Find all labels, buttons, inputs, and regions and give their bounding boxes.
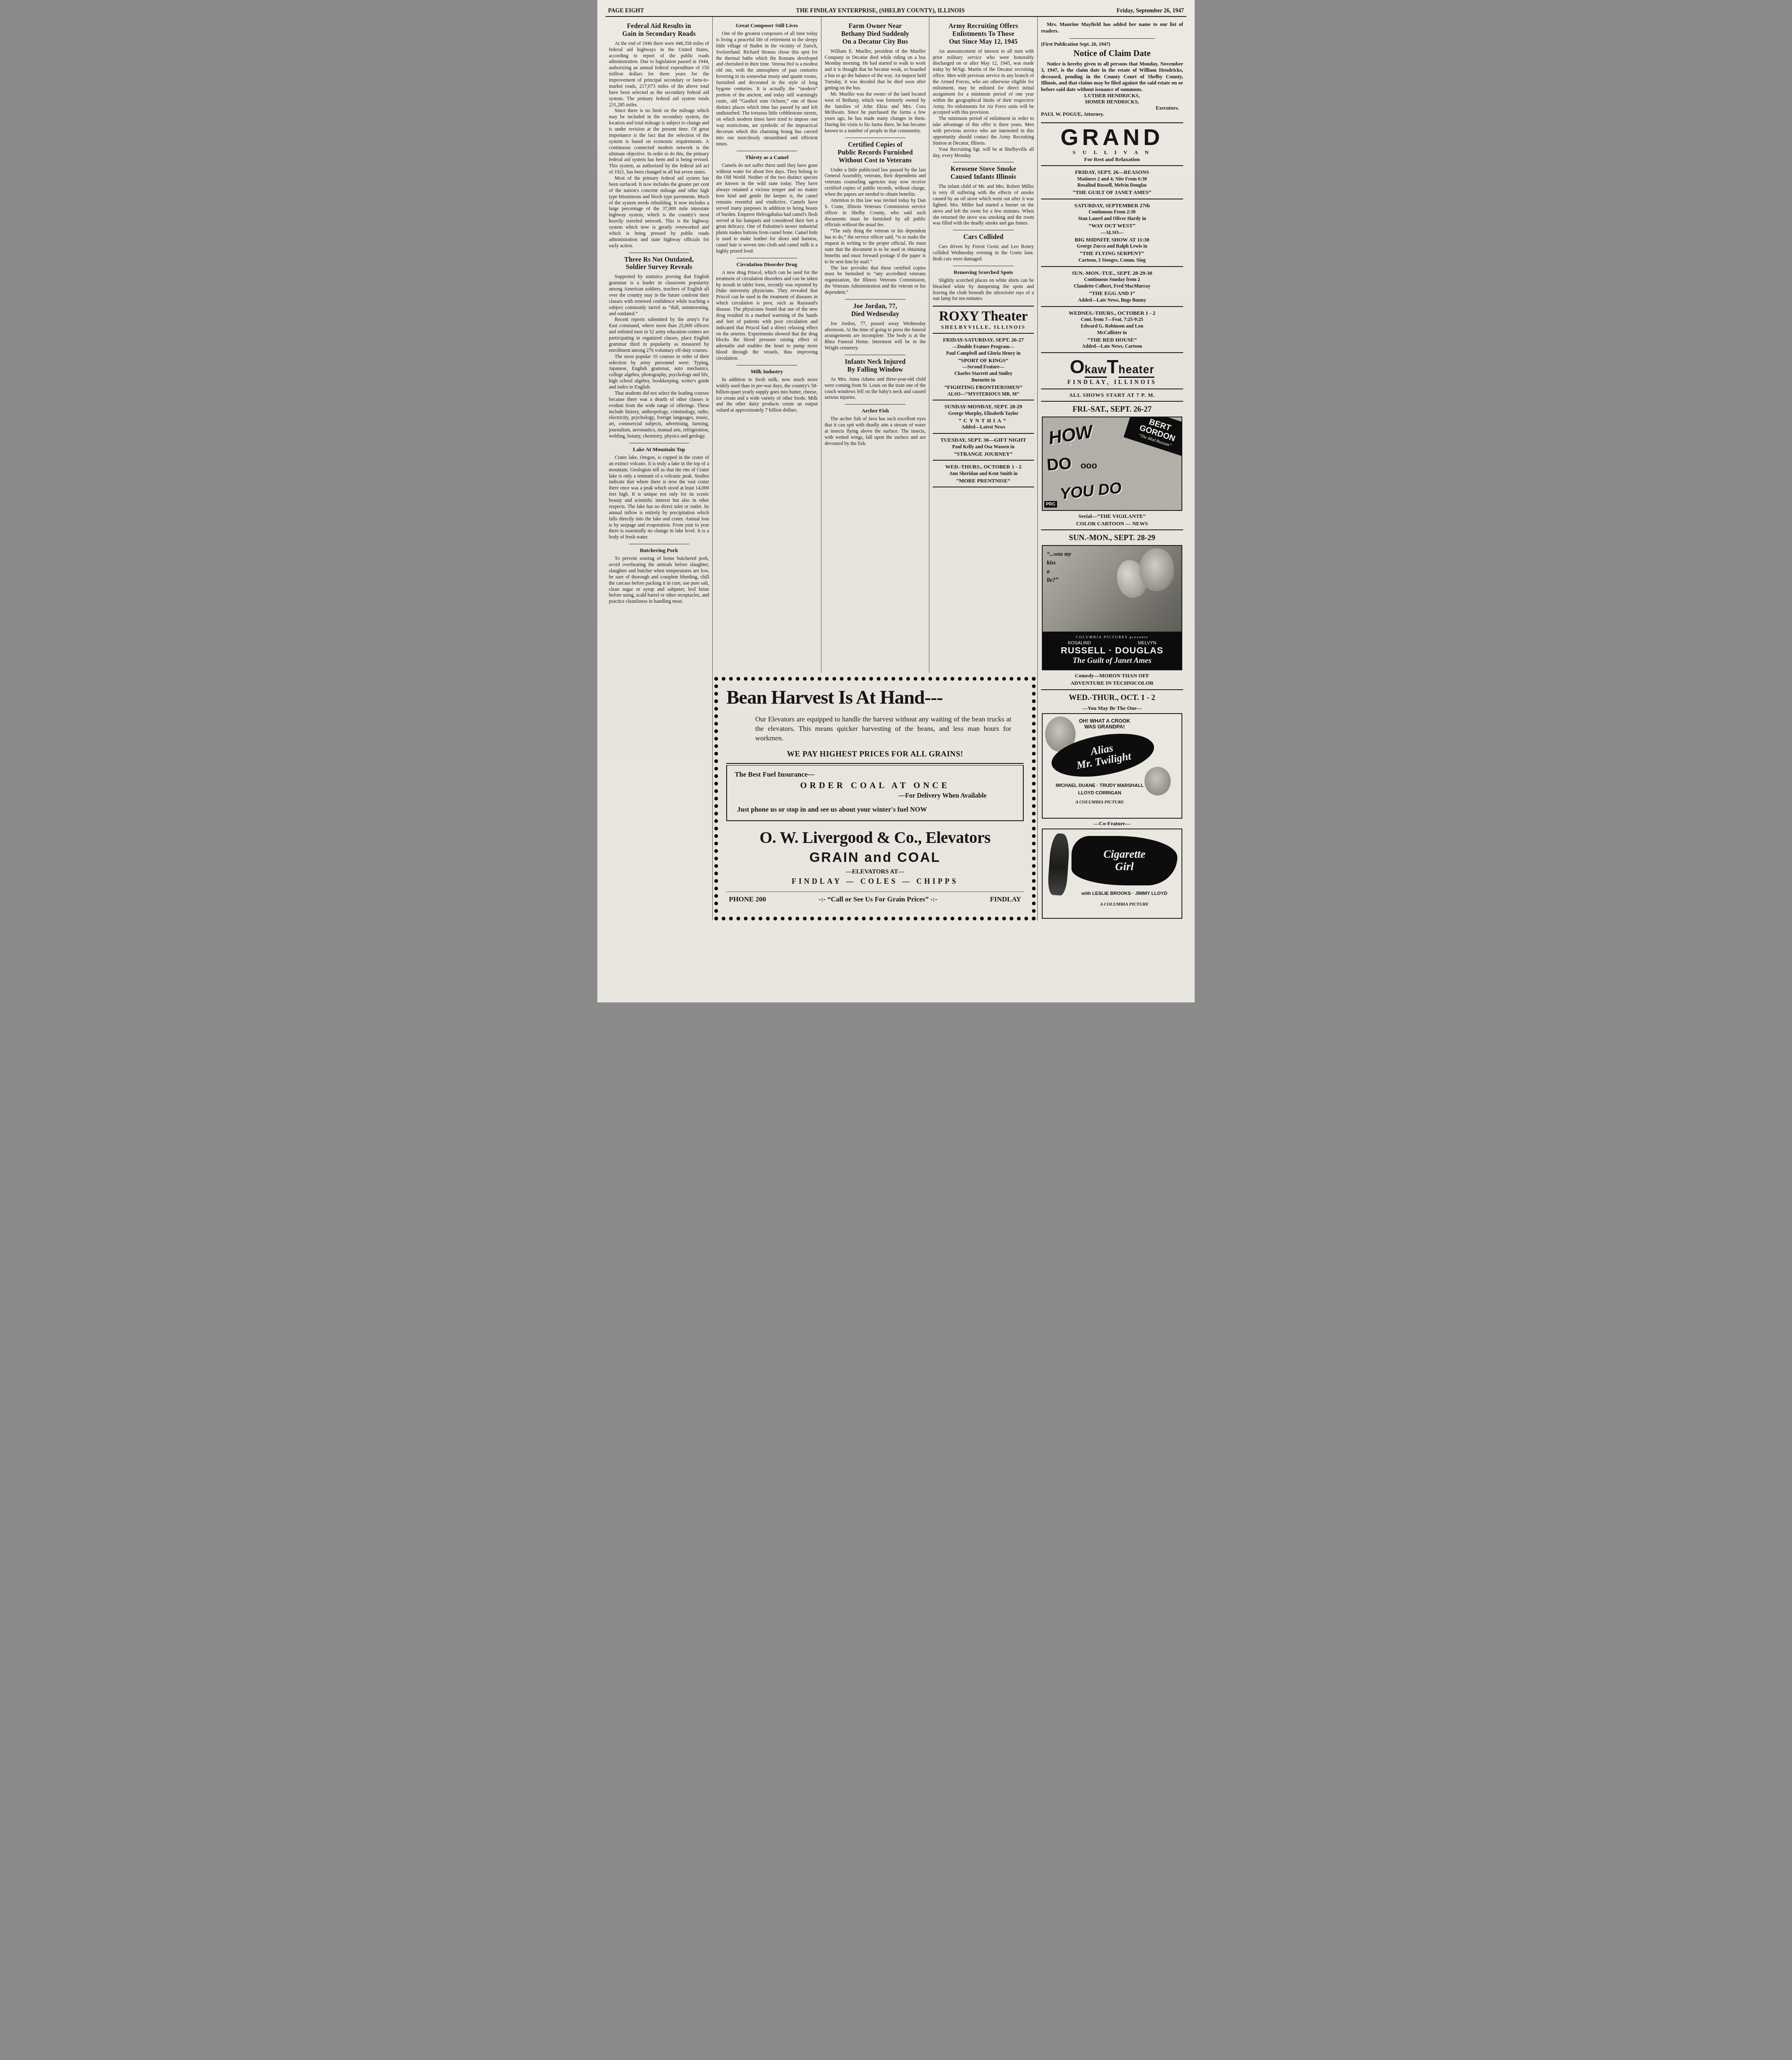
- movie-title: Cigarette Girl: [1103, 848, 1145, 873]
- column-4: Army Recruiting Offers Enlistments To Th…: [929, 17, 1037, 673]
- livergood-elevators-at: —ELEVATORS AT—: [726, 868, 1024, 875]
- article-farm-owner: Farm Owner Near Bethany Died Suddenly On…: [825, 23, 926, 134]
- okaw-showtimes: ALL SHOWS START AT 7 P. M.: [1041, 392, 1183, 398]
- livergood-slogan: -:- “Call or See Us For Grain Prices” -:…: [819, 895, 937, 904]
- okaw-logo-part: heater: [1118, 363, 1154, 378]
- grand-theater-ad: GRAND S U L L I V A N For Rest and Relax…: [1041, 122, 1183, 353]
- reader-note: Mrs. Maurine Mayfield has added her name…: [1041, 21, 1183, 35]
- issue-date: Friday, September 26, 1947: [1117, 8, 1184, 14]
- paragraph: “The only thing the veteran or his depen…: [825, 228, 926, 265]
- ad-line: Cartoon, 3 Stooges, Comm. Sing: [1041, 257, 1183, 264]
- headline: Certified Copies of Public Records Furni…: [825, 141, 926, 165]
- headline: Farm Owner Near Bethany Died Suddenly On…: [825, 23, 926, 46]
- ad-line: “CYNTHIA”: [933, 417, 1034, 424]
- ad-line: WED.-THURS., OCTOBER 1 - 2: [933, 463, 1034, 471]
- divider: [845, 355, 905, 355]
- divider: [1069, 38, 1155, 39]
- title-splash: Cigarette Girl: [1071, 836, 1177, 885]
- paragraph: The archer fish of Java has such excelle…: [825, 416, 926, 446]
- newspaper-title: THE FINDLAY ENTERPRISE, (SHELBY COUNTY),…: [796, 7, 965, 14]
- middle-columns-group: Great Composer Still Lives One of the gr…: [712, 17, 1037, 920]
- fuel-line: Just phone us or stop in and see us abou…: [735, 805, 1015, 814]
- ad-line: —ALSO—: [1041, 229, 1183, 236]
- divider: [629, 544, 689, 544]
- paragraph: As Mrs. Anna Adams and three-year-old ch…: [825, 376, 926, 401]
- studio-line: COLUMBIA PICTURES presents: [1044, 635, 1180, 639]
- poster-title-part: DO: [1046, 454, 1072, 475]
- ad-line: —Second Feature—: [933, 364, 1034, 370]
- ad-rule: [1041, 689, 1183, 690]
- ad-line: “FIGHTING FRONTIERSMEN”: [933, 384, 1034, 391]
- ad-line: Stan Laurel and Oliver Hardy in: [1041, 215, 1183, 222]
- credit-line: with LESLIE BROOKS · JIMMY LLOYD: [1067, 891, 1181, 896]
- okaw-logo-letter: O: [1070, 356, 1085, 377]
- headline: Joe Jordan, 77, Died Wednesday: [825, 303, 926, 318]
- paragraph: Under a little publicized law passed by …: [825, 167, 926, 197]
- headline: Army Recruiting Offers Enlistments To Th…: [933, 23, 1034, 46]
- article-kerosene-stove: Kerosene Stove Smoke Caused Infants Illi…: [933, 166, 1034, 226]
- ad-line: “THE EGG AND I”: [1041, 290, 1183, 297]
- guilt-of-janet-ames-poster: “...was my kiss a lie?” COLUMBIA PICTURE…: [1042, 545, 1182, 670]
- ad-rule: [1041, 165, 1183, 166]
- ad-rule: [933, 400, 1034, 400]
- paragraph: The infant child of Mr. and Mrs. Robert …: [933, 183, 1034, 226]
- paragraph: That students did not select the leading…: [609, 390, 709, 439]
- headline: Federal Aid Results in Gain in Secondary…: [609, 23, 709, 38]
- headline: Cars Collided: [933, 234, 1034, 241]
- livergood-name: O. W. Livergood & Co., Elevators: [726, 828, 1024, 847]
- okaw-cartoon-news: COLOR CARTOON — NEWS: [1041, 520, 1183, 527]
- grand-name: GRAND: [1041, 126, 1183, 149]
- article-scorched-spots: Removing Scorched Spots Slightly scorche…: [933, 269, 1034, 302]
- article-milk-industry: Milk Industry In addition to fresh milk,…: [716, 368, 818, 413]
- okaw-logo: OkawTheater: [1041, 357, 1183, 376]
- paragraph: Attention to this law was invited today …: [825, 197, 926, 228]
- article-three-rs: Three Rs Not Outdated, Soldier Survey Re…: [609, 256, 709, 439]
- ad-line: SUNDAY-MONDAY, SEPT. 28-29: [933, 403, 1034, 410]
- paragraph: Slightly scorched places on white shirts…: [933, 277, 1034, 302]
- fuel-line: —For Delivery When Available: [735, 792, 1015, 800]
- headline: Three Rs Not Outdated, Soldier Survey Re…: [609, 256, 709, 272]
- okaw-date-fri-sat: FRI.-SAT., SEPT. 26-27: [1041, 405, 1183, 414]
- column-layout: Federal Aid Results in Gain in Secondary…: [606, 17, 1186, 920]
- fuel-line: The Best Fuel Insurance—: [735, 770, 1015, 779]
- ad-line: George Murphy, Elizabeth Taylor: [933, 410, 1034, 417]
- okaw-logo-part: kaw: [1085, 363, 1107, 378]
- credit-line: LLOYD CORRIGAN: [1043, 791, 1157, 796]
- paragraph: Your Recruiting Sgt. will be at Shelbyvi…: [933, 146, 1034, 159]
- ad-line: McCallister in: [1041, 330, 1183, 336]
- poster-title-part: HOW: [1047, 421, 1094, 449]
- ad-line: WEDNES.-THURS., OCTOBER 1 - 2: [1041, 309, 1183, 317]
- okaw-date-wed-thur: WED.-THUR., OCT. 1 - 2: [1041, 693, 1183, 702]
- co-feature-line: —Co-Feature—: [1041, 820, 1183, 827]
- fuel-line: ORDER COAL AT ONCE: [735, 780, 1015, 791]
- grand-tagline: For Rest and Relaxation: [1041, 156, 1183, 163]
- headline: Lake At Mountain Top: [609, 446, 709, 453]
- ad-rule: [1041, 529, 1183, 530]
- paragraph: Most of the primary federal aid system h…: [609, 175, 709, 249]
- publication-date: (First Publication Sept. 26, 1947): [1041, 41, 1183, 47]
- column-3: Farm Owner Near Bethany Died Suddenly On…: [821, 17, 929, 673]
- ad-rule: [1041, 401, 1183, 402]
- masthead: PAGE EIGHT THE FINDLAY ENTERPRISE, (SHEL…: [606, 7, 1186, 17]
- okaw-comedy-line: Comedy—MORON THAN OFF: [1041, 672, 1183, 679]
- livergood-grain-coal: GRAIN and COAL: [726, 850, 1024, 865]
- article-army-recruiting: Army Recruiting Offers Enlistments To Th…: [933, 23, 1034, 158]
- paragraph: Recent reports submitted by the army's F…: [609, 316, 709, 353]
- livergood-elevators-ad: Bean Harvest Is At Hand--- Our Elevators…: [714, 677, 1036, 920]
- column-5: Mrs. Maurine Mayfield has added her name…: [1037, 17, 1186, 920]
- ad-line: Continuous Sunday from 2: [1041, 276, 1183, 283]
- actor-photo: [1139, 548, 1174, 591]
- poster-credit-band: COLUMBIA PICTURES presents ROSALIND MELV…: [1043, 632, 1181, 669]
- bean-pay-line: WE PAY HIGHEST PRICES FOR ALL GRAINS!: [726, 750, 1024, 759]
- ad-line: FRIDAY, SEPT. 26—REASONS: [1041, 169, 1183, 176]
- headline: Circulation Disorder Drug: [716, 261, 818, 268]
- ad-line: Added—Latest News: [933, 424, 1034, 431]
- headline: Removing Scorched Spots: [933, 269, 1034, 276]
- article-cars-collided: Cars Collided Cars driven by Forest Geot…: [933, 234, 1034, 262]
- paragraph: Joe Jordon, 77, passed away Wednesday af…: [825, 321, 926, 351]
- ad-rule: [1041, 266, 1183, 267]
- poster-title-part: ooo: [1081, 460, 1097, 471]
- bert-gordon-badge: BERT GORDON “The Mad Russian”: [1123, 417, 1182, 456]
- article-lake-mountain-top: Lake At Mountain Top Crater lake, Oregon…: [609, 446, 709, 540]
- ad-line: Cont. from 7—Feat. 7:25-9:25: [1041, 316, 1183, 323]
- paragraph: An announcement of interest to all men w…: [933, 48, 1034, 116]
- ad-line: Paul Kelly and Osa Wassen in: [933, 444, 1034, 450]
- bean-harvest-copy: Our Elevators are equipped to handle the…: [755, 715, 1011, 743]
- star-names: RUSSELL · DOUGLAS: [1044, 646, 1180, 655]
- divider: [845, 404, 905, 405]
- ad-line: Edward G. Robinson and Lon: [1041, 323, 1183, 330]
- column-1: Federal Aid Results in Gain in Secondary…: [606, 17, 712, 920]
- paragraph: The law provides that these certified co…: [825, 265, 926, 295]
- notice-of-claim-date: (First Publication Sept. 26, 1947) Notic…: [1041, 41, 1183, 118]
- studio-line: A COLUMBIA PICTURE: [1067, 902, 1181, 907]
- article-joe-jordan: Joe Jordan, 77, Died Wednesday Joe Jordo…: [825, 303, 926, 351]
- signature: Executors.: [1041, 105, 1183, 111]
- ad-line: SUN.-MON.-TUE., SEPT. 28-29-30: [1041, 269, 1183, 277]
- ad-line: Matinees 2 and 4; Nite From 6:30: [1041, 176, 1183, 183]
- okaw-city: FINDLAY, ILLINOIS: [1041, 379, 1183, 386]
- headline: Thirsty as a Camel: [716, 154, 818, 161]
- cigarette-girl-figure: [1047, 833, 1070, 896]
- ad-line: Burnette in: [933, 377, 1034, 384]
- okaw-tagline: —You May Be The One—: [1041, 705, 1183, 712]
- paragraph: At the end of 1946 there were 448,358 mi…: [609, 40, 709, 108]
- paragraph: Crater lake, Oregon, is cupped in the cr…: [609, 454, 709, 540]
- ad-line: ALSO—“MYSTERIOUS MR. M”: [933, 391, 1034, 398]
- ad-line: —Double Feature Program—: [933, 344, 1034, 350]
- ad-line: Continuous From 2:30: [1041, 209, 1183, 215]
- signature: PAUL W. POGUE, Attorney.: [1041, 111, 1183, 117]
- divider: [953, 266, 1013, 266]
- paragraph: Mr. Mueller was the owner of the land lo…: [825, 91, 926, 134]
- ad-line: Added—Late News, Bugs Bunny: [1041, 297, 1183, 304]
- ad-line: “THE RED HOUSE”: [1041, 336, 1183, 344]
- poster-quote: “...was my kiss a lie?”: [1047, 550, 1071, 585]
- ad-line: “WAY OUT WEST”: [1041, 222, 1183, 229]
- article-certified-copies: Certified Copies of Public Records Furni…: [825, 141, 926, 295]
- paragraph: Camels do not suffer thirst until they h…: [716, 162, 818, 254]
- fuel-insurance-box: The Best Fuel Insurance— ORDER COAL AT O…: [726, 765, 1024, 821]
- livergood-city: FINDLAY: [990, 895, 1021, 904]
- paragraph: Cars driven by Forest Geotz and Leo Rone…: [933, 243, 1034, 262]
- divider: [953, 162, 1013, 162]
- roxy-city: SHELBYVILLE, ILLINOIS: [933, 324, 1034, 330]
- ad-rule: [933, 460, 1034, 461]
- credit-line: MICHAEL DUANE · TRUDY MARSHALL: [1043, 783, 1157, 788]
- divider: [737, 258, 798, 258]
- paragraph: To prevent souring of home butchered por…: [609, 555, 709, 604]
- ad-rule: [1041, 306, 1183, 307]
- headline: Great Composer Still Lives: [716, 22, 818, 29]
- divider: [845, 138, 905, 138]
- okaw-serial: Serial—“THE VIGILANTE”: [1041, 513, 1183, 520]
- ad-line: Added—Late News, Cartoon: [1041, 343, 1183, 350]
- ad-line: “MORE PRENTNISE”: [933, 477, 1034, 485]
- alias-mr-twilight-poster: OH! WHAT A CROOK WAS GRANDPA! Alias Mr. …: [1042, 713, 1182, 819]
- okaw-date-sun-mon: SUN.-MON., SEPT. 28-29: [1041, 534, 1183, 543]
- paragraph: Since there is no limit on the mileage w…: [609, 108, 709, 175]
- ad-line: FRIDAY-SATURDAY, SEPT. 26-27: [933, 336, 1034, 344]
- page-number: PAGE EIGHT: [608, 8, 644, 14]
- ad-rule: [1041, 199, 1183, 199]
- headline: Infants Neck Injured By Falling Window: [825, 358, 926, 374]
- ad-line: Ann Sheridan and Kent Smith in: [933, 471, 1034, 477]
- article-thirsty-camel: Thirsty as a Camel Camels do not suffer …: [716, 154, 818, 254]
- ad-line: “THE FLYING SERPENT”: [1041, 250, 1183, 257]
- paragraph: A new drug Priscol, which can be used fo…: [716, 269, 818, 361]
- headline: Archer Fish: [825, 407, 926, 414]
- article-archer-fish: Archer Fish The archer fish of Java has …: [825, 407, 926, 446]
- paragraph: Notice is hereby given to all persons th…: [1041, 61, 1183, 93]
- ad-line: Paul Campbell and Gloria Henry in: [933, 350, 1034, 357]
- paragraph: William E. Mueller, president of the Mue…: [825, 48, 926, 91]
- headline: Milk Industry: [716, 368, 818, 375]
- okaw-comedy-line: ADVENTURE IN TECHNICOLOR: [1041, 679, 1183, 687]
- signature: HOMER HENDRICKS,: [1041, 99, 1183, 105]
- ad-line: TUESDAY, SEPT. 30—GIFT NIGHT: [933, 436, 1034, 444]
- divider: [629, 443, 689, 443]
- newspaper-page: PAGE EIGHT THE FINDLAY ENTERPRISE, (SHEL…: [597, 0, 1195, 1002]
- ad-rule: [933, 487, 1034, 487]
- studio-line: A COLUMBIA PICTURE: [1043, 800, 1157, 805]
- article-circulation-drug: Circulation Disorder Drug A new drug Pri…: [716, 261, 818, 361]
- ad-rule: [1041, 389, 1183, 389]
- livergood-phone: PHONE 200: [729, 895, 766, 904]
- divider: [737, 151, 798, 151]
- ad-rule: [933, 333, 1034, 334]
- ad-line: “STRANGE JOURNEY”: [933, 450, 1034, 458]
- ad-line: “SPORT OF KINGS”: [933, 357, 1034, 364]
- paragraph: In addition to fresh milk, now much more…: [716, 377, 818, 413]
- paragraph: The minimum period of enlistment in orde…: [933, 115, 1034, 146]
- livergood-towns: FINDLAY — COLES — CHIPPS: [726, 877, 1024, 886]
- paragraph: One of the greatest composers of all tim…: [716, 30, 818, 147]
- roxy-title: ROXY Theater: [933, 309, 1034, 324]
- ad-line: SATURDAY, SEPTEMBER 27th: [1041, 202, 1183, 209]
- ad-rule: [1041, 352, 1183, 353]
- ad-line: Rosalind Russell, Melvin Douglas: [1041, 182, 1183, 189]
- article-butchering-pork: Butchering Pork To prevent souring of ho…: [609, 547, 709, 604]
- okaw-theater-ad: OkawTheater FINDLAY, ILLINOIS ALL SHOWS …: [1041, 357, 1183, 918]
- movie-title: Alias Mr. Twilight: [1074, 739, 1132, 771]
- ad-line: George Zucco and Ralph Lewis in: [1041, 243, 1183, 250]
- poster-title-part: YOU DO: [1059, 480, 1123, 503]
- ad-line: Charles Starrett and Smiley: [933, 370, 1034, 377]
- bean-harvest-headline: Bean Harvest Is At Hand---: [726, 688, 1024, 707]
- roxy-theater-ad: ROXY Theater SHELBYVILLE, ILLINOIS FRIDA…: [933, 306, 1034, 487]
- prc-logo: PRC: [1044, 501, 1057, 508]
- signature: LUTHER HENDRICKS,: [1041, 93, 1183, 99]
- paragraph: The most popular 10 courses in order of …: [609, 353, 709, 390]
- ad-rule: [933, 433, 1034, 434]
- ad-line: Claudette Colbert, Fred MacMurray: [1041, 283, 1183, 290]
- ad-line: “THE GUILT OF JANET AMES”: [1041, 189, 1183, 196]
- poster-tagline: OH! WHAT A CROOK WAS GRANDPA!: [1079, 718, 1130, 730]
- middle-columns: Great Composer Still Lives One of the gr…: [713, 17, 1037, 673]
- paragraph: Supported by statistics proving that Eng…: [609, 274, 709, 316]
- cigarette-girl-poster: Cigarette Girl with LESLIE BROOKS · JIMM…: [1042, 829, 1182, 919]
- okaw-logo-letter: T: [1107, 356, 1118, 377]
- headline: Butchering Pork: [609, 547, 709, 554]
- column-2: Great Composer Still Lives One of the gr…: [713, 17, 821, 673]
- ad-line: BIG MIDNITE SHOW AT 11:30: [1041, 236, 1183, 243]
- article-infants-neck: Infants Neck Injured By Falling Window A…: [825, 358, 926, 400]
- headline: Kerosene Stove Smoke Caused Infants Illi…: [933, 166, 1034, 181]
- movie-title: The Guilt of Janet Ames: [1044, 656, 1180, 665]
- divider: [737, 365, 798, 365]
- divider: [845, 299, 905, 300]
- article-great-composer: Great Composer Still Lives One of the gr…: [716, 22, 818, 147]
- headline: Notice of Claim Date: [1041, 48, 1183, 59]
- divider: [629, 253, 689, 253]
- how-do-you-do-poster: HOW DO ooo YOU DO BERT GORDON “The Mad R…: [1042, 417, 1182, 511]
- livergood-phone-row: PHONE 200 -:- “Call or See Us For Grain …: [726, 892, 1024, 904]
- divider: [953, 230, 1013, 230]
- article-federal-aid: Federal Aid Results in Gain in Secondary…: [609, 23, 709, 249]
- grand-sullivan: S U L L I V A N: [1041, 149, 1183, 156]
